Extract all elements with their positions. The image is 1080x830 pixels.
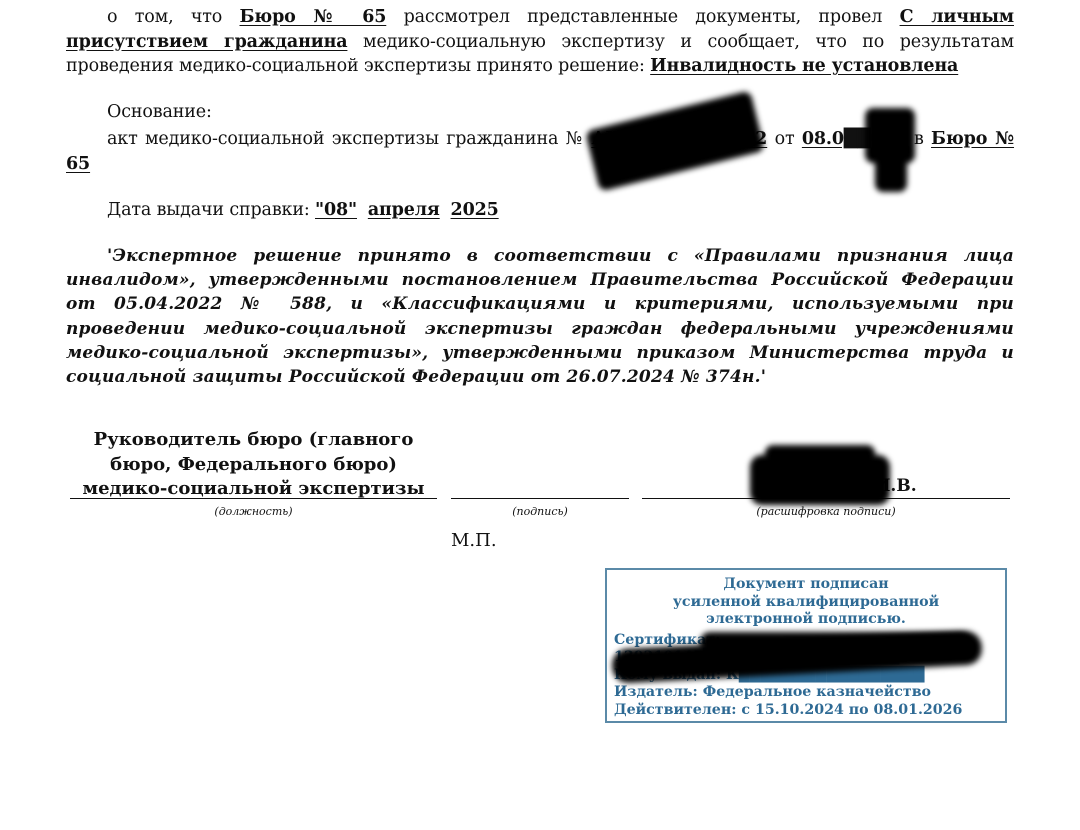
signature-line (451, 498, 629, 499)
redaction-signer-name-2 (765, 445, 875, 465)
position-line (70, 498, 437, 499)
text: акт медико-социальной экспертизы граждан… (107, 129, 591, 149)
redaction-act-date-2 (875, 150, 907, 192)
text: рассмотрел представленные документы, про… (386, 7, 899, 27)
signature-position: Руководитель бюро (главного бюро, Федера… (70, 428, 437, 502)
validity-period: Действителен: с 15.10.2024 по 08.01.2026 (614, 702, 1005, 720)
basis-label-text: Основание: (107, 102, 212, 122)
stamp-title: Документ подписан усиленной квалифициров… (607, 576, 1005, 629)
issue-date-label: Дата выдачи справки: (107, 200, 315, 220)
position-text: Руководитель бюро (главного бюро, Федера… (82, 429, 424, 499)
issue-date-line: Дата выдачи справки: "08" апреля 2025 (66, 198, 1014, 223)
seal-placeholder: М.П. (451, 530, 497, 551)
issue-year: 2025 (451, 200, 499, 220)
decision-value: Инвалидность не установлена (650, 56, 958, 76)
stamp-title-line2: усиленной квалифицированной электронной … (607, 594, 1005, 629)
issue-day: "08" (315, 200, 357, 220)
decision-paragraph: о том, что Бюро № 65 рассмотрел представ… (66, 5, 1014, 79)
caption-name: (расшифровка подписи) (642, 505, 1010, 518)
legal-note: 'Экспертное решение принято в соответств… (66, 244, 1014, 389)
text: о том, что (107, 7, 240, 27)
bureau-name: Бюро № 65 (240, 7, 387, 27)
issue-month: апреля (368, 200, 440, 220)
redaction-certificate-2 (700, 632, 970, 654)
issuer: Издатель: Федеральное казначейство (614, 684, 1005, 702)
caption-signature: (подпись) (451, 505, 629, 518)
caption-position: (должность) (70, 505, 437, 518)
text: от (767, 129, 802, 149)
stamp-title-line1: Документ подписан (607, 576, 1005, 594)
